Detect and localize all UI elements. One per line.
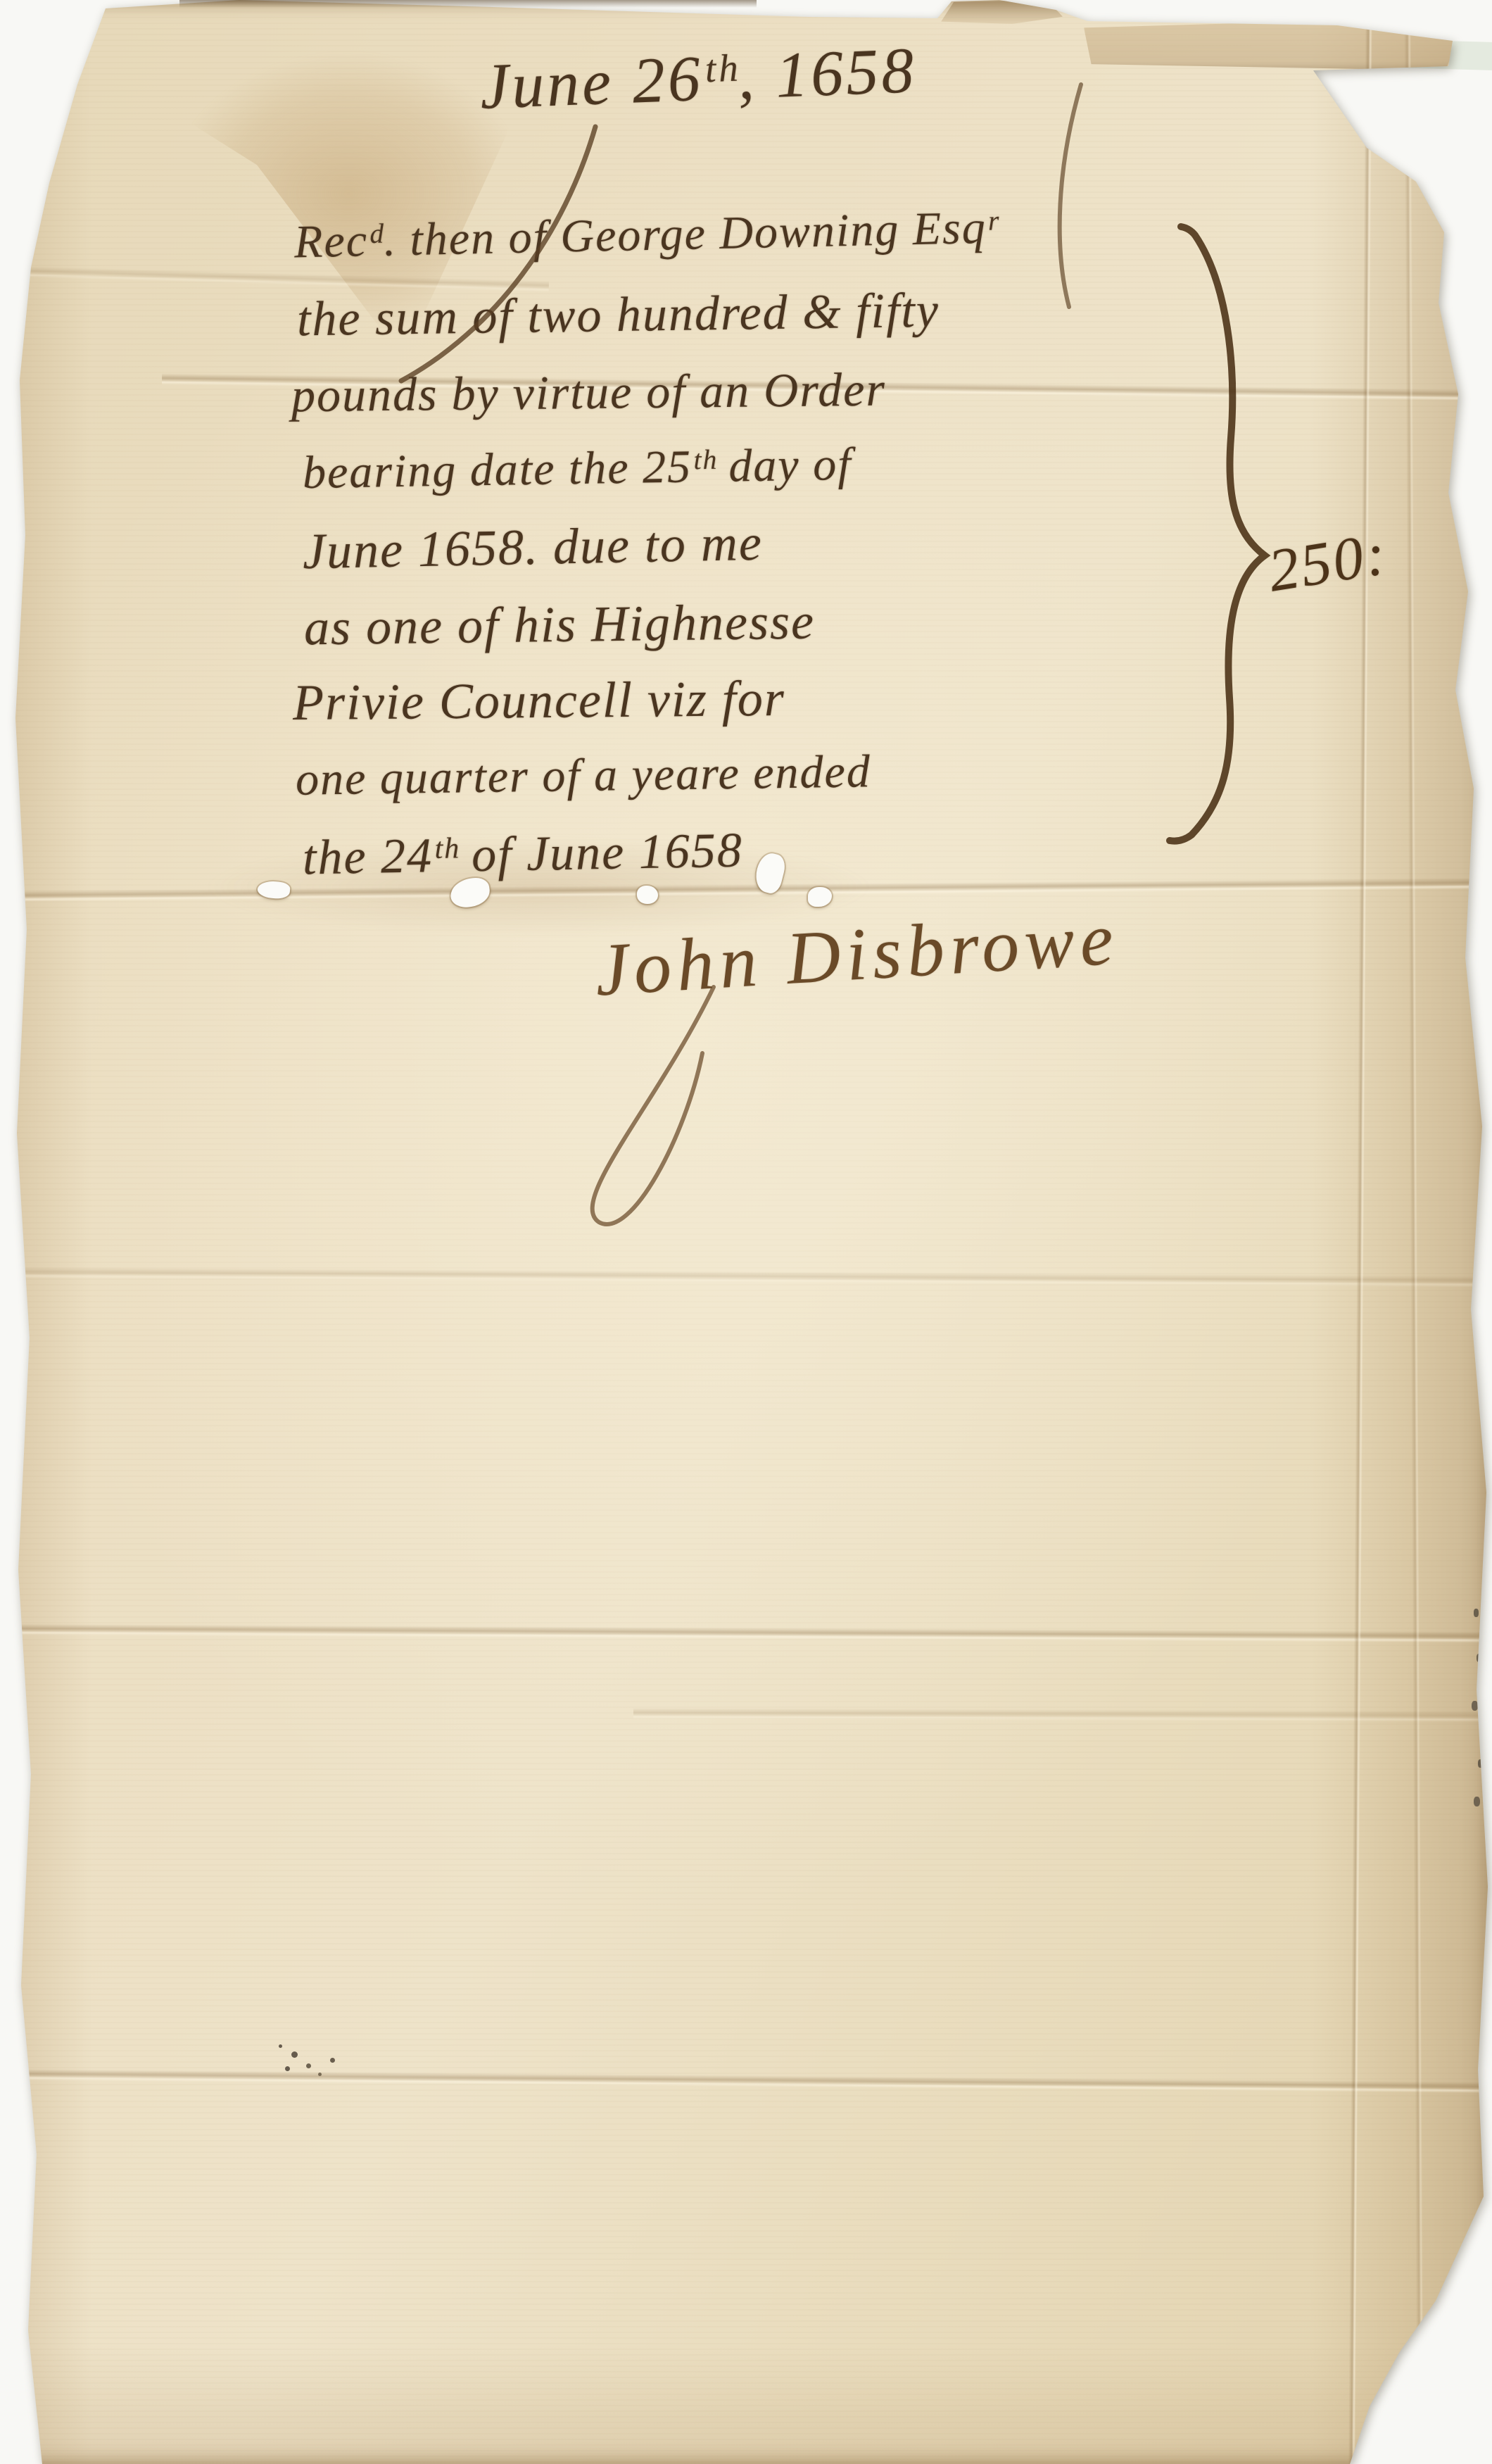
tear-hole-2 — [637, 886, 658, 904]
vertical-fold-2 — [1404, 0, 1424, 2464]
scanned-document: June 26ᵗʰ, 1658 Recᵈ. then of George Dow… — [0, 0, 1492, 2464]
signature: John Disbrowe — [593, 895, 1121, 1013]
right-edge-marks — [1474, 1609, 1479, 1617]
curly-brace — [1170, 227, 1265, 841]
paper-wrap: June 26ᵗʰ, 1658 Recᵈ. then of George Dow… — [0, 0, 1492, 2464]
manuscript-line-6: as one of his Highnesse — [304, 593, 816, 658]
manuscript-line-3: pounds by virtue of an Order — [291, 362, 887, 424]
date-line: June 26ᵗʰ, 1658 — [479, 32, 918, 124]
fold-crease-4b — [633, 1708, 1492, 1722]
torn-top-tab — [936, 0, 1063, 24]
ink-specks — [279, 2044, 282, 2048]
manuscript-line-2: the sum of two hundred & fifty — [296, 283, 940, 348]
stain-bottom-edge — [0, 2344, 1492, 2464]
esq-flourish — [1060, 84, 1081, 307]
fold-crease-3 — [0, 1267, 1492, 1288]
manuscript-line-8: one quarter of a yeare ended — [296, 745, 872, 806]
manuscript-line-9: the 24ᵗʰ of June 1658 — [302, 823, 743, 887]
manuscript-line-4: bearing date the 25ᵗʰ day of — [302, 438, 852, 500]
torn-top-right-flap — [1084, 18, 1457, 70]
tear-hole-4 — [808, 887, 832, 907]
fold-crease-upper-left — [0, 265, 549, 292]
tear-hole-3 — [752, 850, 788, 895]
stain-right-edge — [1309, 0, 1492, 2464]
vertical-fold-1 — [1348, 0, 1372, 2464]
document-paper: June 26ᵗʰ, 1658 Recᵈ. then of George Dow… — [0, 0, 1492, 2464]
tear-hole-5 — [257, 880, 291, 900]
stain-left-edge — [0, 0, 91, 2464]
fold-crease-5 — [0, 2069, 1492, 2093]
amount-figure: 250: — [1263, 517, 1392, 605]
signature-flourish — [593, 987, 714, 1224]
fold-crease-2 — [0, 878, 1492, 902]
scan-top-edge-shadow — [179, 0, 757, 8]
manuscript-line-7: Privie Councell viz for — [293, 670, 786, 732]
fold-crease-4 — [0, 1623, 1492, 1642]
manuscript-line-5: June 1658. due to me — [302, 514, 763, 582]
manuscript-line-1: Recᵈ. then of George Downing Esqʳ — [293, 201, 999, 270]
